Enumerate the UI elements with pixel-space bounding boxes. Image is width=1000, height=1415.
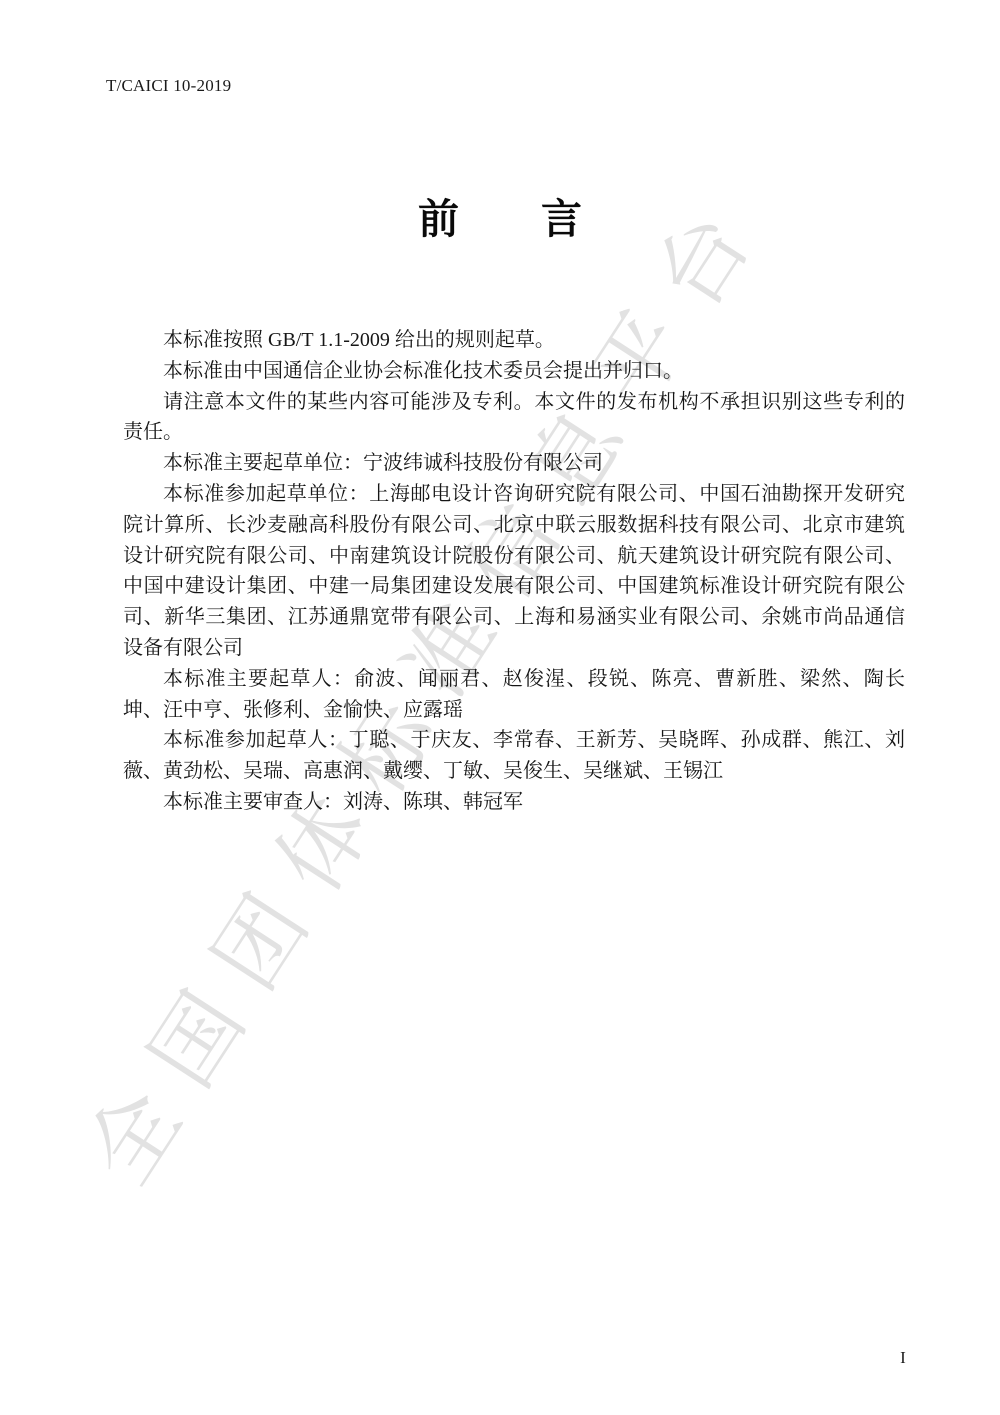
text-line: 请注意本文件的某些内容可能涉及专利。本文件的发布机构不承担识别这些专利的 [123,387,905,418]
text-line: 设备有限公司 [123,633,905,664]
text-line: 院计算所、长沙麦融高科股份有限公司、北京中联云服数据科技有限公司、北京市建筑 [123,510,905,541]
paragraph-participating-drafters: 本标准参加起草人：丁聪、于庆友、李常春、王新芳、吴晓晖、孙成群、熊江、刘 薇、黄… [123,725,905,787]
foreword-content: 本标准按照 GB/T 1.1-2009 给出的规则起草。 本标准由中国通信企业协… [123,325,905,818]
text-line: 本标准参加起草单位：上海邮电设计咨询研究院有限公司、中国石油勘探开发研究 [123,479,905,510]
paragraph-patent-notice: 请注意本文件的某些内容可能涉及专利。本文件的发布机构不承担识别这些专利的 责任。 [123,387,905,449]
standard-number: T/CAICI 10-2019 [106,76,231,96]
text-line: 设计研究院有限公司、中南建筑设计院股份有限公司、航天建筑设计研究院有限公司、 [123,541,905,572]
text-line: 责任。 [123,417,905,448]
paragraph-main-drafters: 本标准主要起草人：俞波、闻丽君、赵俊湦、段锐、陈亮、曹新胜、梁然、陶长 坤、汪中… [123,664,905,726]
document-page: 全国团体标准信息平台 T/CAICI 10-2019 前 言 本标准按照 GB/… [0,0,1000,1415]
text-line: 薇、黄劲松、吴瑞、高惠润、戴缨、丁敏、吴俊生、吴继斌、王锡江 [123,756,905,787]
text-line: 本标准按照 GB/T 1.1-2009 给出的规则起草。 [123,325,905,356]
text-line: 中国中建设计集团、中建一局集团建设发展有限公司、中国建筑标准设计研究院有限公 [123,571,905,602]
text-line: 本标准主要审查人：刘涛、陈琪、韩冠军 [123,787,905,818]
paragraph-participating-orgs: 本标准参加起草单位：上海邮电设计咨询研究院有限公司、中国石油勘探开发研究 院计算… [123,479,905,664]
text-line: 司、新华三集团、江苏通鼎宽带有限公司、上海和易涵实业有限公司、余姚市尚品通信 [123,602,905,633]
paragraph-proposed-by: 本标准由中国通信企业协会标准化技术委员会提出并归口。 [123,356,905,387]
paragraph-drafting-rules: 本标准按照 GB/T 1.1-2009 给出的规则起草。 [123,325,905,356]
page-title: 前 言 [0,186,1000,245]
text-line: 本标准参加起草人：丁聪、于庆友、李常春、王新芳、吴晓晖、孙成群、熊江、刘 [123,725,905,756]
page-number: I [893,1348,913,1368]
text-line: 坤、汪中亨、张修利、金愉快、应露瑶 [123,695,905,726]
paragraph-main-drafting-org: 本标准主要起草单位：宁波纬诚科技股份有限公司 [123,448,905,479]
text-line: 本标准主要起草人：俞波、闻丽君、赵俊湦、段锐、陈亮、曹新胜、梁然、陶长 [123,664,905,695]
text-line: 本标准主要起草单位：宁波纬诚科技股份有限公司 [123,448,905,479]
paragraph-reviewers: 本标准主要审查人：刘涛、陈琪、韩冠军 [123,787,905,818]
text-line: 本标准由中国通信企业协会标准化技术委员会提出并归口。 [123,356,905,387]
